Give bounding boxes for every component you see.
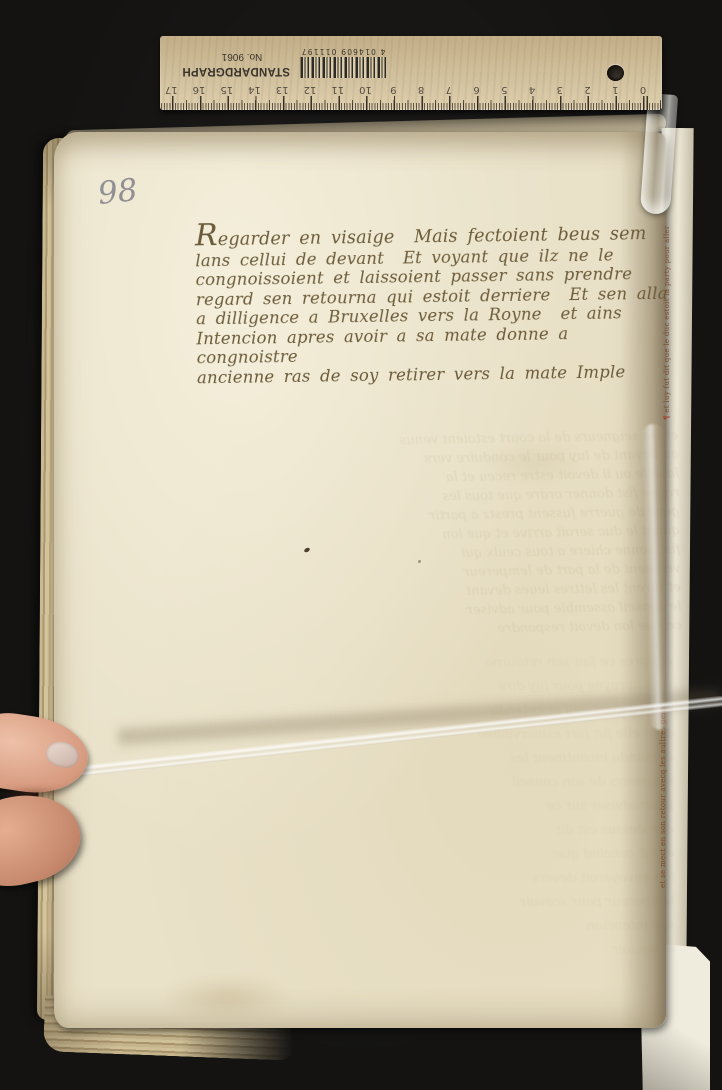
- ruler-number: 9: [386, 84, 400, 95]
- ruler-number: 13: [275, 84, 289, 95]
- ruler-barcode: 4 014609 011197: [300, 48, 386, 78]
- manuscript-text-block: Regarder en visaige Mais fectoient beus …: [195, 223, 675, 388]
- ruler-number: 17: [164, 84, 178, 95]
- index-finger: [0, 783, 89, 897]
- ruler-number: 4: [525, 84, 539, 95]
- gutter-edge-text: et se mect en son retour avecq les aultr…: [659, 706, 667, 888]
- ruler-number: 16: [192, 84, 206, 95]
- ruler-number: 5: [497, 84, 511, 95]
- ruler-model-label: No. 9061: [197, 51, 287, 62]
- gutter-edge-text-lower: et se mect en son retour avecq les aultr…: [660, 706, 667, 888]
- ruler-number: 6: [470, 84, 484, 95]
- rubric-mark: ¶: [662, 415, 671, 420]
- ruler-number: 3: [553, 84, 567, 95]
- ink-speck: [418, 560, 421, 563]
- manuscript-page: 98 Regarder en visaige Mais fectoient be…: [54, 132, 666, 1028]
- gutter-edge-text: et luy fut dit que le duc estoit ia part…: [663, 225, 671, 412]
- paper-stain: [484, 442, 584, 484]
- paper-stain: [162, 974, 292, 1022]
- ruler-number: 10: [359, 84, 373, 95]
- barcode-digits: 4 014609 011197: [300, 47, 386, 56]
- ruler-number: 8: [414, 84, 428, 95]
- hand: [0, 700, 122, 892]
- ruler-number: 11: [331, 84, 345, 95]
- ruler-number: 12: [303, 84, 317, 95]
- gutter-edge-text-upper: ¶ et luy fut dit que le duc estoit ia pa…: [663, 225, 671, 420]
- ruler-brand-label: STANDARDGRAPH: [194, 65, 290, 77]
- ruler-scale-numbers: 0 1 2 3 4 5 6 7 8 9 10 11 12 13 14 15 16…: [164, 84, 650, 95]
- manuscript-line: Intencion apres avoir a sa mate donne a …: [196, 322, 674, 368]
- ruler-cm-ticks: [160, 96, 662, 110]
- folio-number: 98: [96, 172, 139, 212]
- ruler-number: 14: [248, 84, 262, 95]
- ruler-number: 15: [220, 84, 234, 95]
- barcode-bars: [300, 57, 386, 78]
- wooden-ruler: 0 1 2 3 4 5 6 7 8 9 10 11 12 13 14 15 16…: [160, 36, 662, 110]
- ruler-number: 7: [442, 84, 456, 95]
- show-through-text-upper: et les seigneurs de la court estoient ve…: [248, 426, 682, 642]
- photo-stage: 98 Regarder en visaige Mais fectoient be…: [0, 0, 722, 1090]
- ruler-number: 0: [636, 84, 650, 95]
- ruler-number: 2: [581, 84, 595, 95]
- ruler-number: 1: [608, 84, 622, 95]
- ruler-hanging-hole: [607, 65, 624, 81]
